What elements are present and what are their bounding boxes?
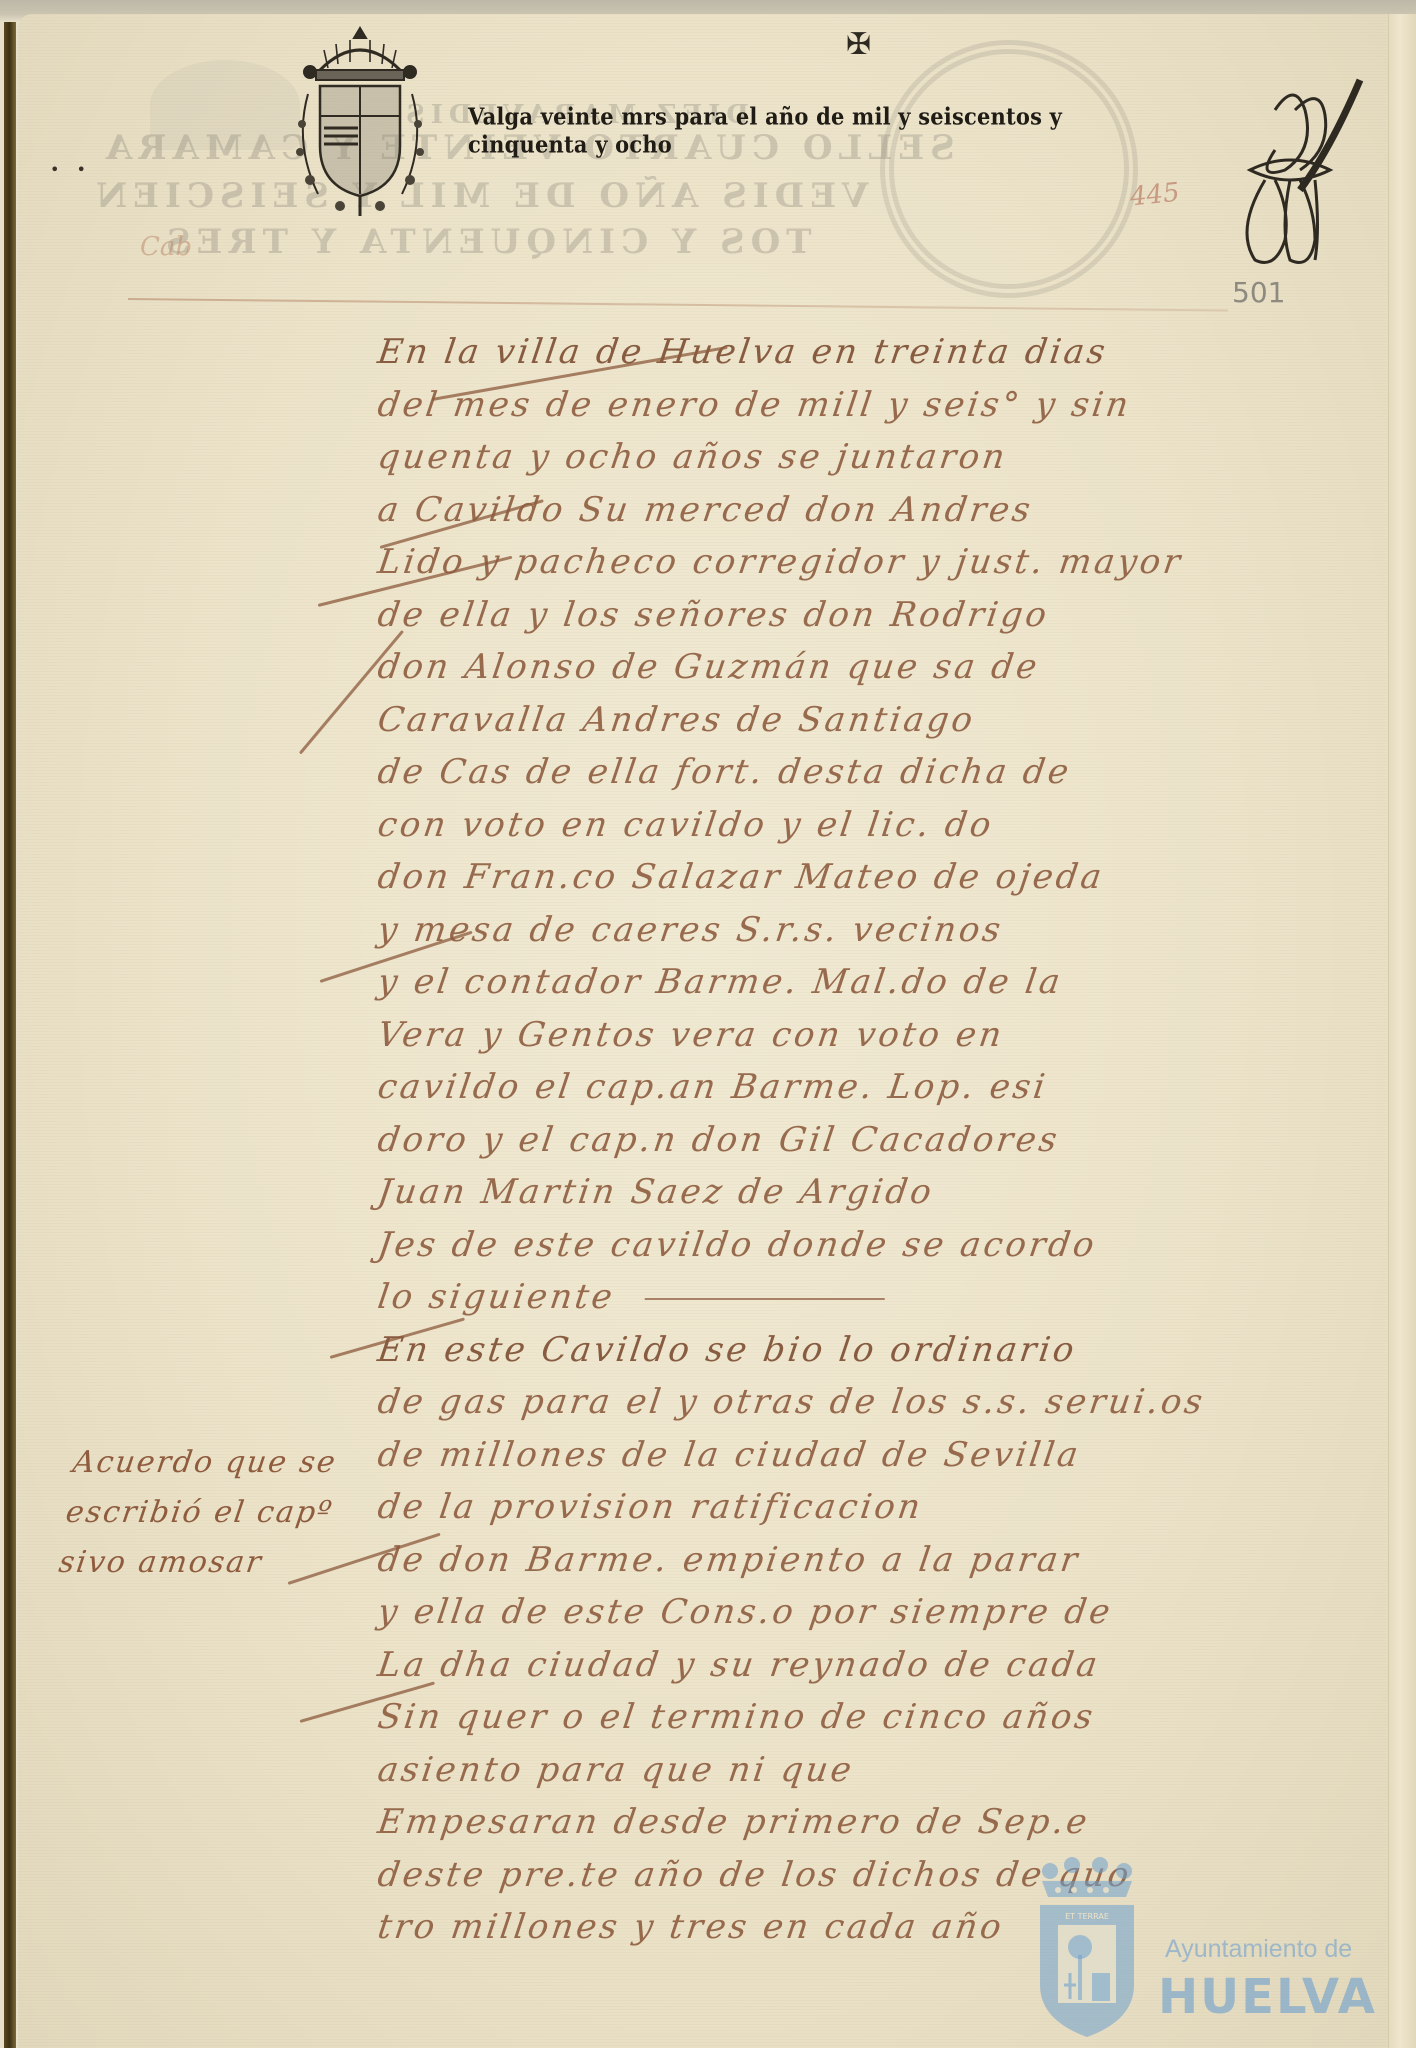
ms-line-10: con voto en cavildo y el lic. do	[374, 799, 1341, 852]
ms-line-29: Empesaran desde primero de Sep.e	[374, 1796, 1341, 1849]
ms-line-15: cavildo el cap.an Barme. Lop. esi	[374, 1061, 1341, 1114]
folio-number-red: 445	[1129, 177, 1182, 212]
faint-annotation: Cab	[140, 232, 192, 262]
binding-edge	[4, 22, 16, 2048]
ms-line-4: a Cavildo Su merced don Andres	[374, 484, 1341, 537]
margin-note: Acuerdo que se escribió el capº sivo amo…	[55, 1438, 376, 1588]
ms-line-16: doro y el cap.n don Gil Cacadores	[374, 1114, 1341, 1167]
ms-line-25: y ella de este Cons.o por siempre de	[374, 1586, 1341, 1639]
ms-line-21: de gas para el y otras de los s.s. serui…	[374, 1376, 1341, 1429]
ms-line-17: Juan Martin Saez de Argido	[374, 1166, 1341, 1219]
archive-watermark: ET TERRAE Ayuntamiento de HUELVA	[1000, 1845, 1400, 2045]
royal-coat-of-arms-icon	[280, 24, 440, 224]
ms-line-18: Jes de este cavildo donde se acordo	[374, 1219, 1341, 1272]
ms-line-9: de Cas de ella fort. desta dicha de	[374, 746, 1341, 799]
ms-line-26: La dha ciudad y su reynado de cada	[374, 1639, 1341, 1692]
bleed-through-text-4: TOS Y CINQUENTA Y TRES	[160, 222, 812, 262]
ms-line-27: Sin quer o el termino de cinco años	[374, 1691, 1341, 1744]
printed-stamp-line-2: cinquenta y ocho	[468, 130, 1062, 158]
bleed-through-text-3: VEDIS AÑO DE MIL Y SEISCIEN	[90, 176, 869, 216]
printed-stamp-text: Valga veinte mrs para el año de mil y se…	[468, 102, 1062, 158]
ms-line-5: Lido y pacheco corregidor y just. mayor	[374, 536, 1341, 589]
printed-stamp-line-1: Valga veinte mrs para el año de mil y se…	[468, 102, 1062, 130]
huelva-shield-icon: ET TERRAE	[1028, 1855, 1146, 2040]
ms-line-7: don Alonso de Guzmán que sa de	[374, 641, 1341, 694]
ms-line-20: En este Cavildo se bio lo ordinario	[374, 1324, 1341, 1377]
watermark-text-huelva: HUELVA	[1158, 1969, 1377, 2025]
printed-cross-icon: ✠	[846, 30, 871, 60]
ms-line-3: quenta y ocho años se juntaron	[374, 431, 1341, 484]
margin-note-line-3: sivo amosar	[55, 1538, 362, 1588]
ms-line-6: de ella y los señores don Rodrigo	[374, 589, 1341, 642]
ms-line-14: Vera y Gentos vera con voto en	[374, 1009, 1341, 1062]
folio-number-pencil: 501	[1232, 276, 1285, 309]
ms-line-22: de millones de la ciudad de Sevilla	[374, 1429, 1341, 1482]
manuscript-body: En la villa de Huelva en treinta dias de…	[378, 326, 1338, 1954]
ms-line-13: y el contador Barme. Mal.do de la	[374, 956, 1341, 1009]
ms-line-2: del mes de enero de mill y seis° y sin	[374, 379, 1341, 432]
ink-dots: • •	[50, 160, 92, 179]
margin-note-line-2: escribió el capº	[62, 1488, 369, 1538]
bleed-through-seal	[880, 40, 1138, 298]
svg-text:ET TERRAE: ET TERRAE	[1065, 1912, 1109, 1921]
ms-line-23: de la provision ratificacion	[374, 1481, 1341, 1534]
ms-line-12: y mesa de caeres S.r.s. vecinos	[374, 904, 1341, 957]
margin-note-line-1: Acuerdo que se	[70, 1438, 377, 1488]
notarial-rubric-icon	[1205, 70, 1375, 270]
ms-line-19: lo siguiente	[374, 1271, 1341, 1324]
ms-line-28: asiento para que ni que	[374, 1744, 1341, 1797]
ms-line-8: Caravalla Andres de Santiago	[374, 694, 1341, 747]
ms-line-1: En la villa de Huelva en treinta dias	[374, 326, 1341, 379]
watermark-text-ayuntamiento: Ayuntamiento de	[1165, 1935, 1352, 1964]
page-fold-edge	[1388, 14, 1416, 2048]
ms-line-24: de don Barme. empiento a la parar	[374, 1534, 1341, 1587]
ms-line-11: don Fran.co Salazar Mateo de ojeda	[374, 851, 1341, 904]
